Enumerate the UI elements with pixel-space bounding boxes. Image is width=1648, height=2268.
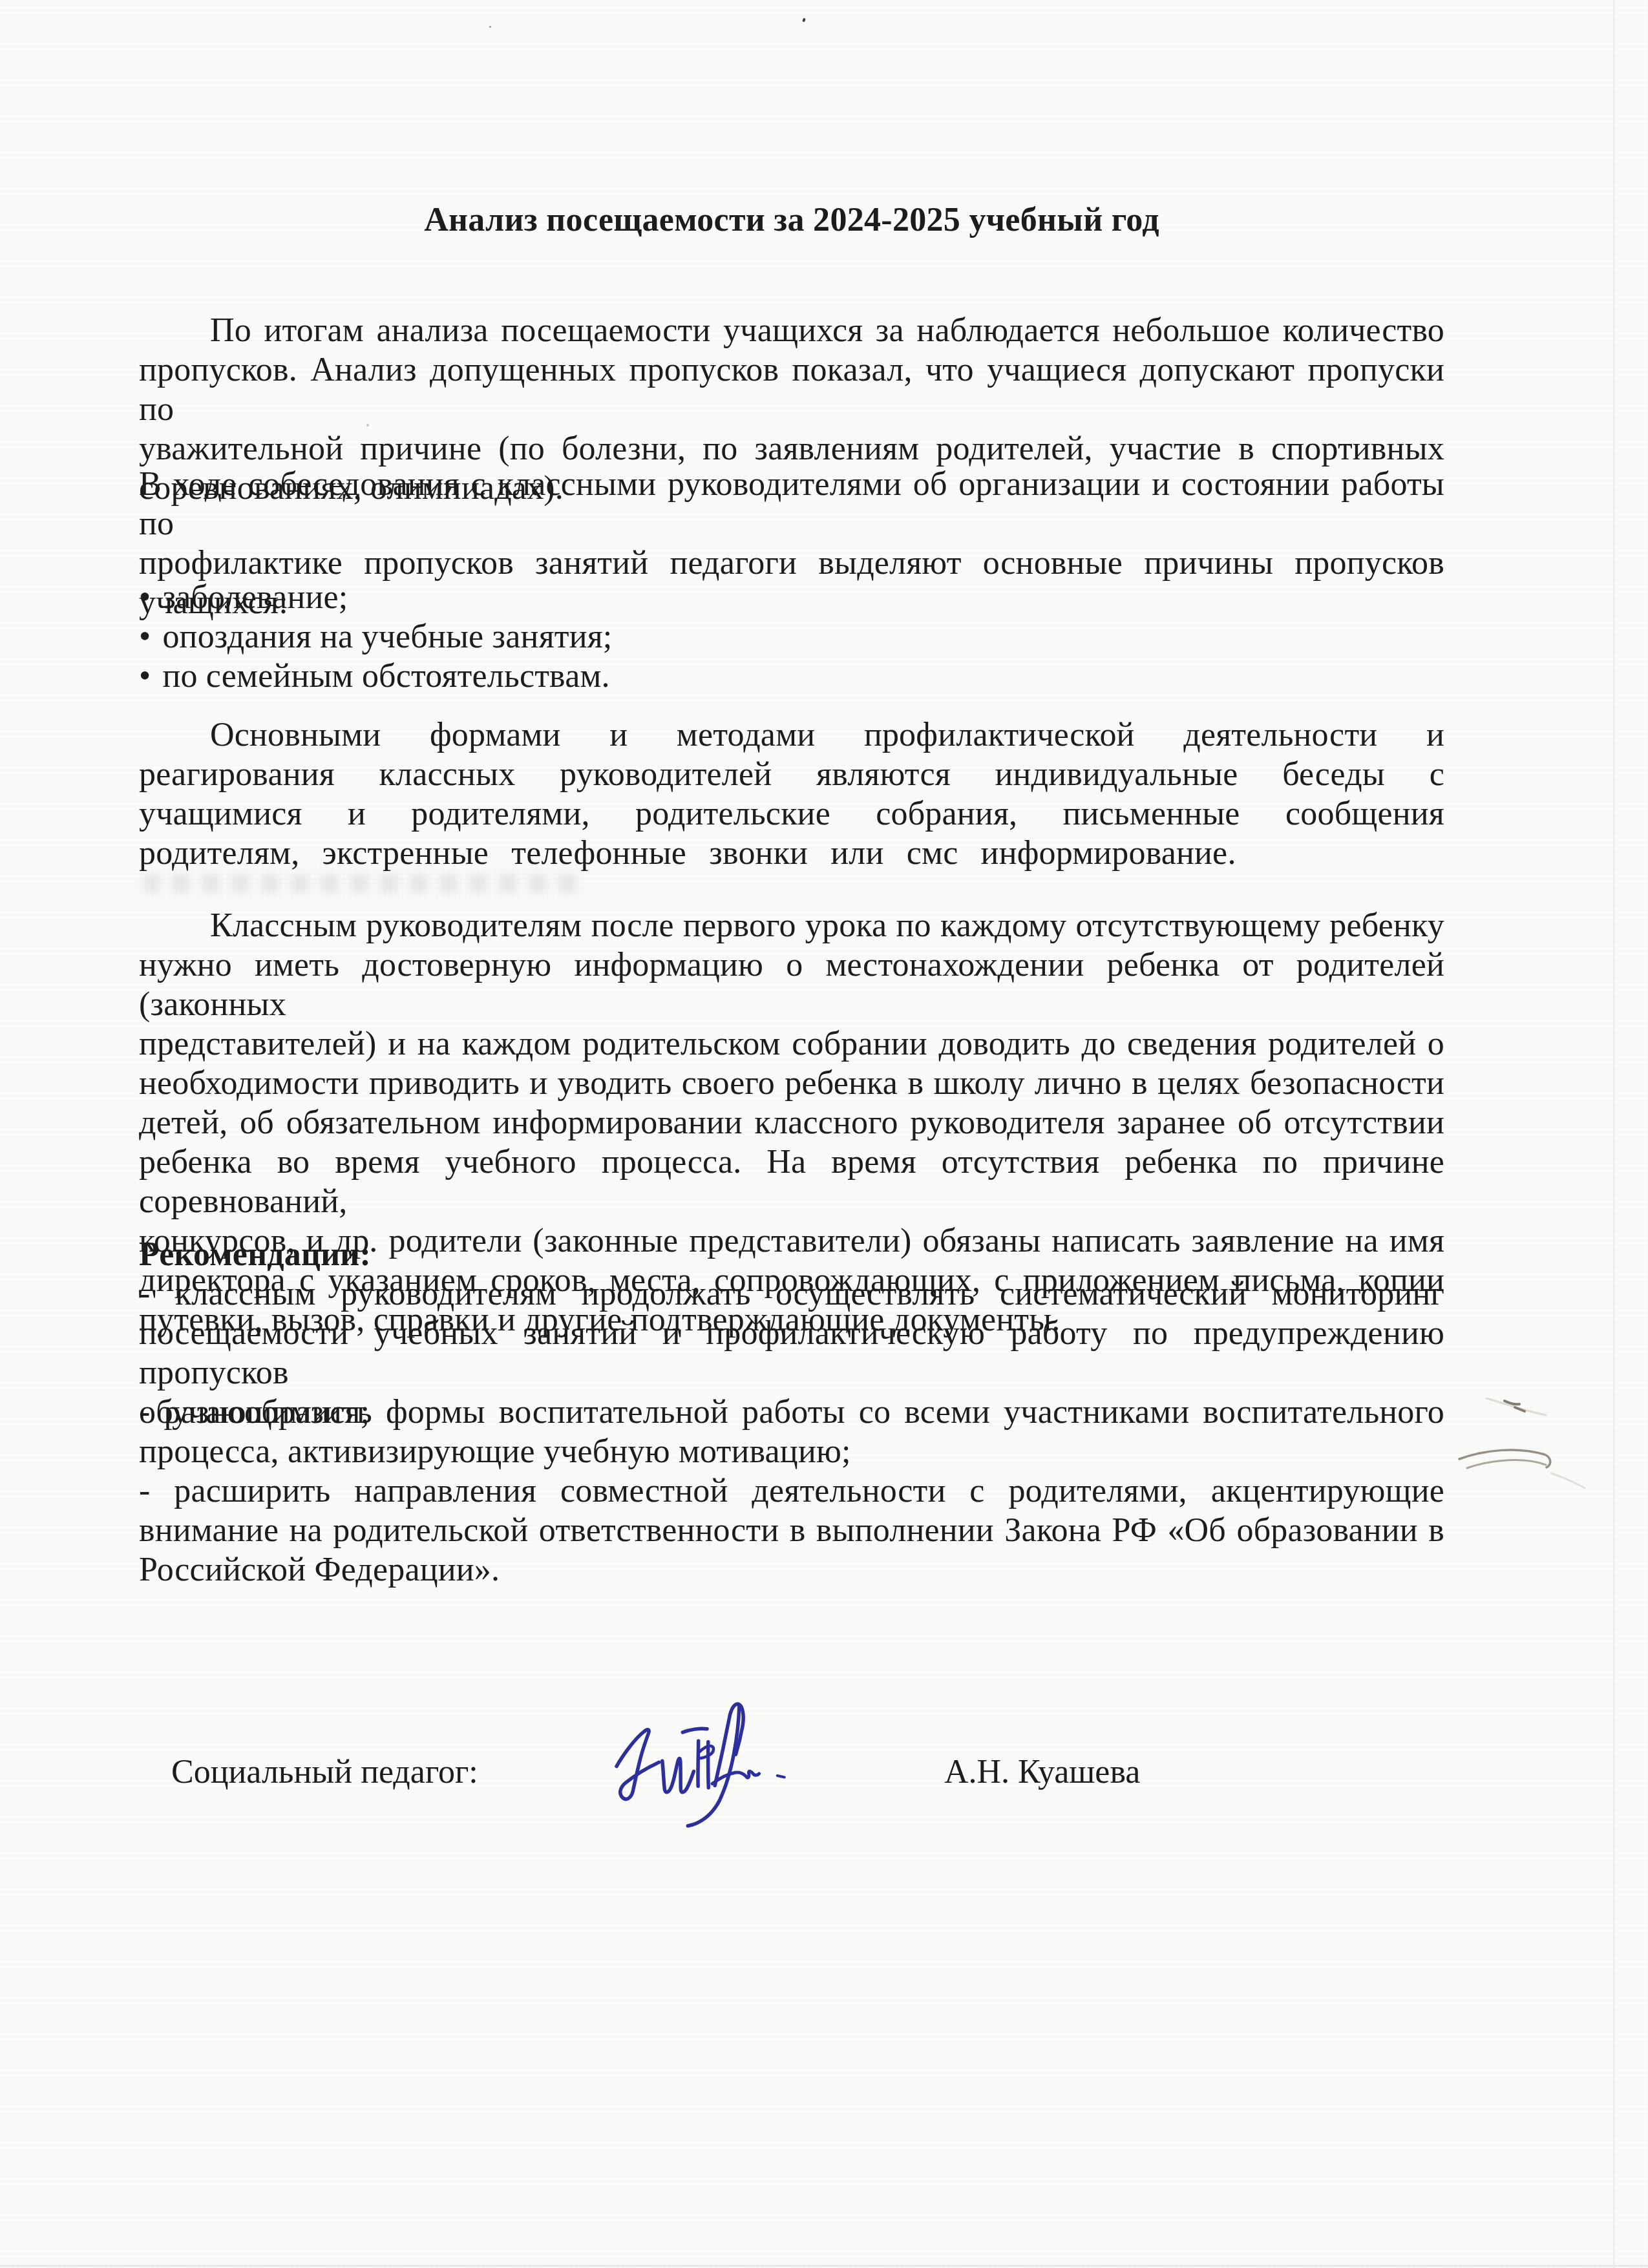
list-item: •опоздания на учебные занятия; [139,617,1444,656]
paragraph-line: - расширить направления совместной деяте… [139,1471,1444,1511]
paragraph-line: реагирования классных руководителей явля… [139,755,1444,794]
bullet-marker: • [139,656,151,696]
bullet-list: •заболевание; •опоздания на учебные заня… [139,578,1444,696]
paragraph-line: ребенка во время учебного процесса. На в… [139,1142,1444,1221]
bullet-text: опоздания на учебные занятия; [162,618,612,655]
paragraph-line: представителей) и на каждом родительском… [139,1024,1444,1064]
page-title: Анализ посещаемости за 2024-2025 учебный… [139,200,1444,240]
paragraph-line: родителям, экстренные телефонные звонки … [139,834,1444,873]
recommendation-item-2: - разнообразить формы воспитательной раб… [139,1392,1444,1471]
paragraph-line: необходимости приводить и уводить своего… [139,1064,1444,1103]
recommendation-item-3: - расширить направления совместной деяте… [139,1471,1444,1590]
scan-artifact-speck [489,26,491,28]
paragraph-line: процесса, активизирующие учебную мотивац… [139,1432,1444,1471]
recommendations-heading-block: Рекомендации: [139,1235,1444,1274]
paragraph-line: - разнообразить формы воспитательной раб… [139,1392,1444,1432]
paragraph-line: Классным руководителям после первого уро… [139,906,1444,945]
paragraph-line: учащимися и родителями, родительские соб… [139,794,1444,834]
scan-artifact-speck [802,17,806,22]
list-item: •заболевание; [139,578,1444,617]
paragraph-line: посещаемости учебных занятий и профилакт… [139,1314,1444,1392]
paragraph-line: Основными формами и методами профилактич… [139,715,1444,755]
paragraph-line: внимание на родительской ответственности… [139,1511,1444,1550]
paragraph-line: уважительной причине (по болезни, по зая… [139,429,1444,468]
paragraph-line: нужно иметь достоверную информацию о мес… [139,945,1444,1024]
bullet-text: по семейным обстоятельствам. [162,658,609,695]
paragraph-line: детей, об обязательном информировании кл… [139,1103,1444,1142]
scan-artifact-speck [366,424,369,426]
paragraph-3: Основными формами и методами профилактич… [139,715,1444,873]
document-title-block: Анализ посещаемости за 2024-2025 учебный… [139,200,1444,240]
paragraph-line: пропусков. Анализ допущенных пропусков п… [139,350,1444,429]
scan-artifact-edge-line [1613,0,1615,2268]
paragraph-line: профилактике пропусков занятий педагоги … [139,543,1444,583]
bullet-text: заболевание; [162,579,348,616]
signature-role-label: Социальный педагог: [171,1752,478,1792]
recommendations-heading: Рекомендации: [139,1235,1444,1274]
scan-artifact-edge-line [0,2265,1648,2267]
scan-artifact-ghost-text [142,874,588,893]
bullet-marker: • [139,578,151,617]
list-item: •по семейным обстоятельствам. [139,656,1444,696]
scanned-document-page: Анализ посещаемости за 2024-2025 учебный… [0,0,1648,2268]
paragraph-line: По итогам анализа посещаемости учащихся … [139,311,1444,350]
paragraph-line: Российской Федерации». [139,1550,1444,1590]
bullet-marker: • [139,617,151,656]
paragraph-line: - классным руководителям продолжать осущ… [139,1274,1444,1314]
scan-artifact-pencil-marks [1448,1383,1590,1499]
paragraph-line: В ходе собеседования с классными руковод… [139,465,1444,543]
signature-name: А.Н. Куашева [944,1752,1140,1792]
handwritten-signature [608,1686,833,1842]
